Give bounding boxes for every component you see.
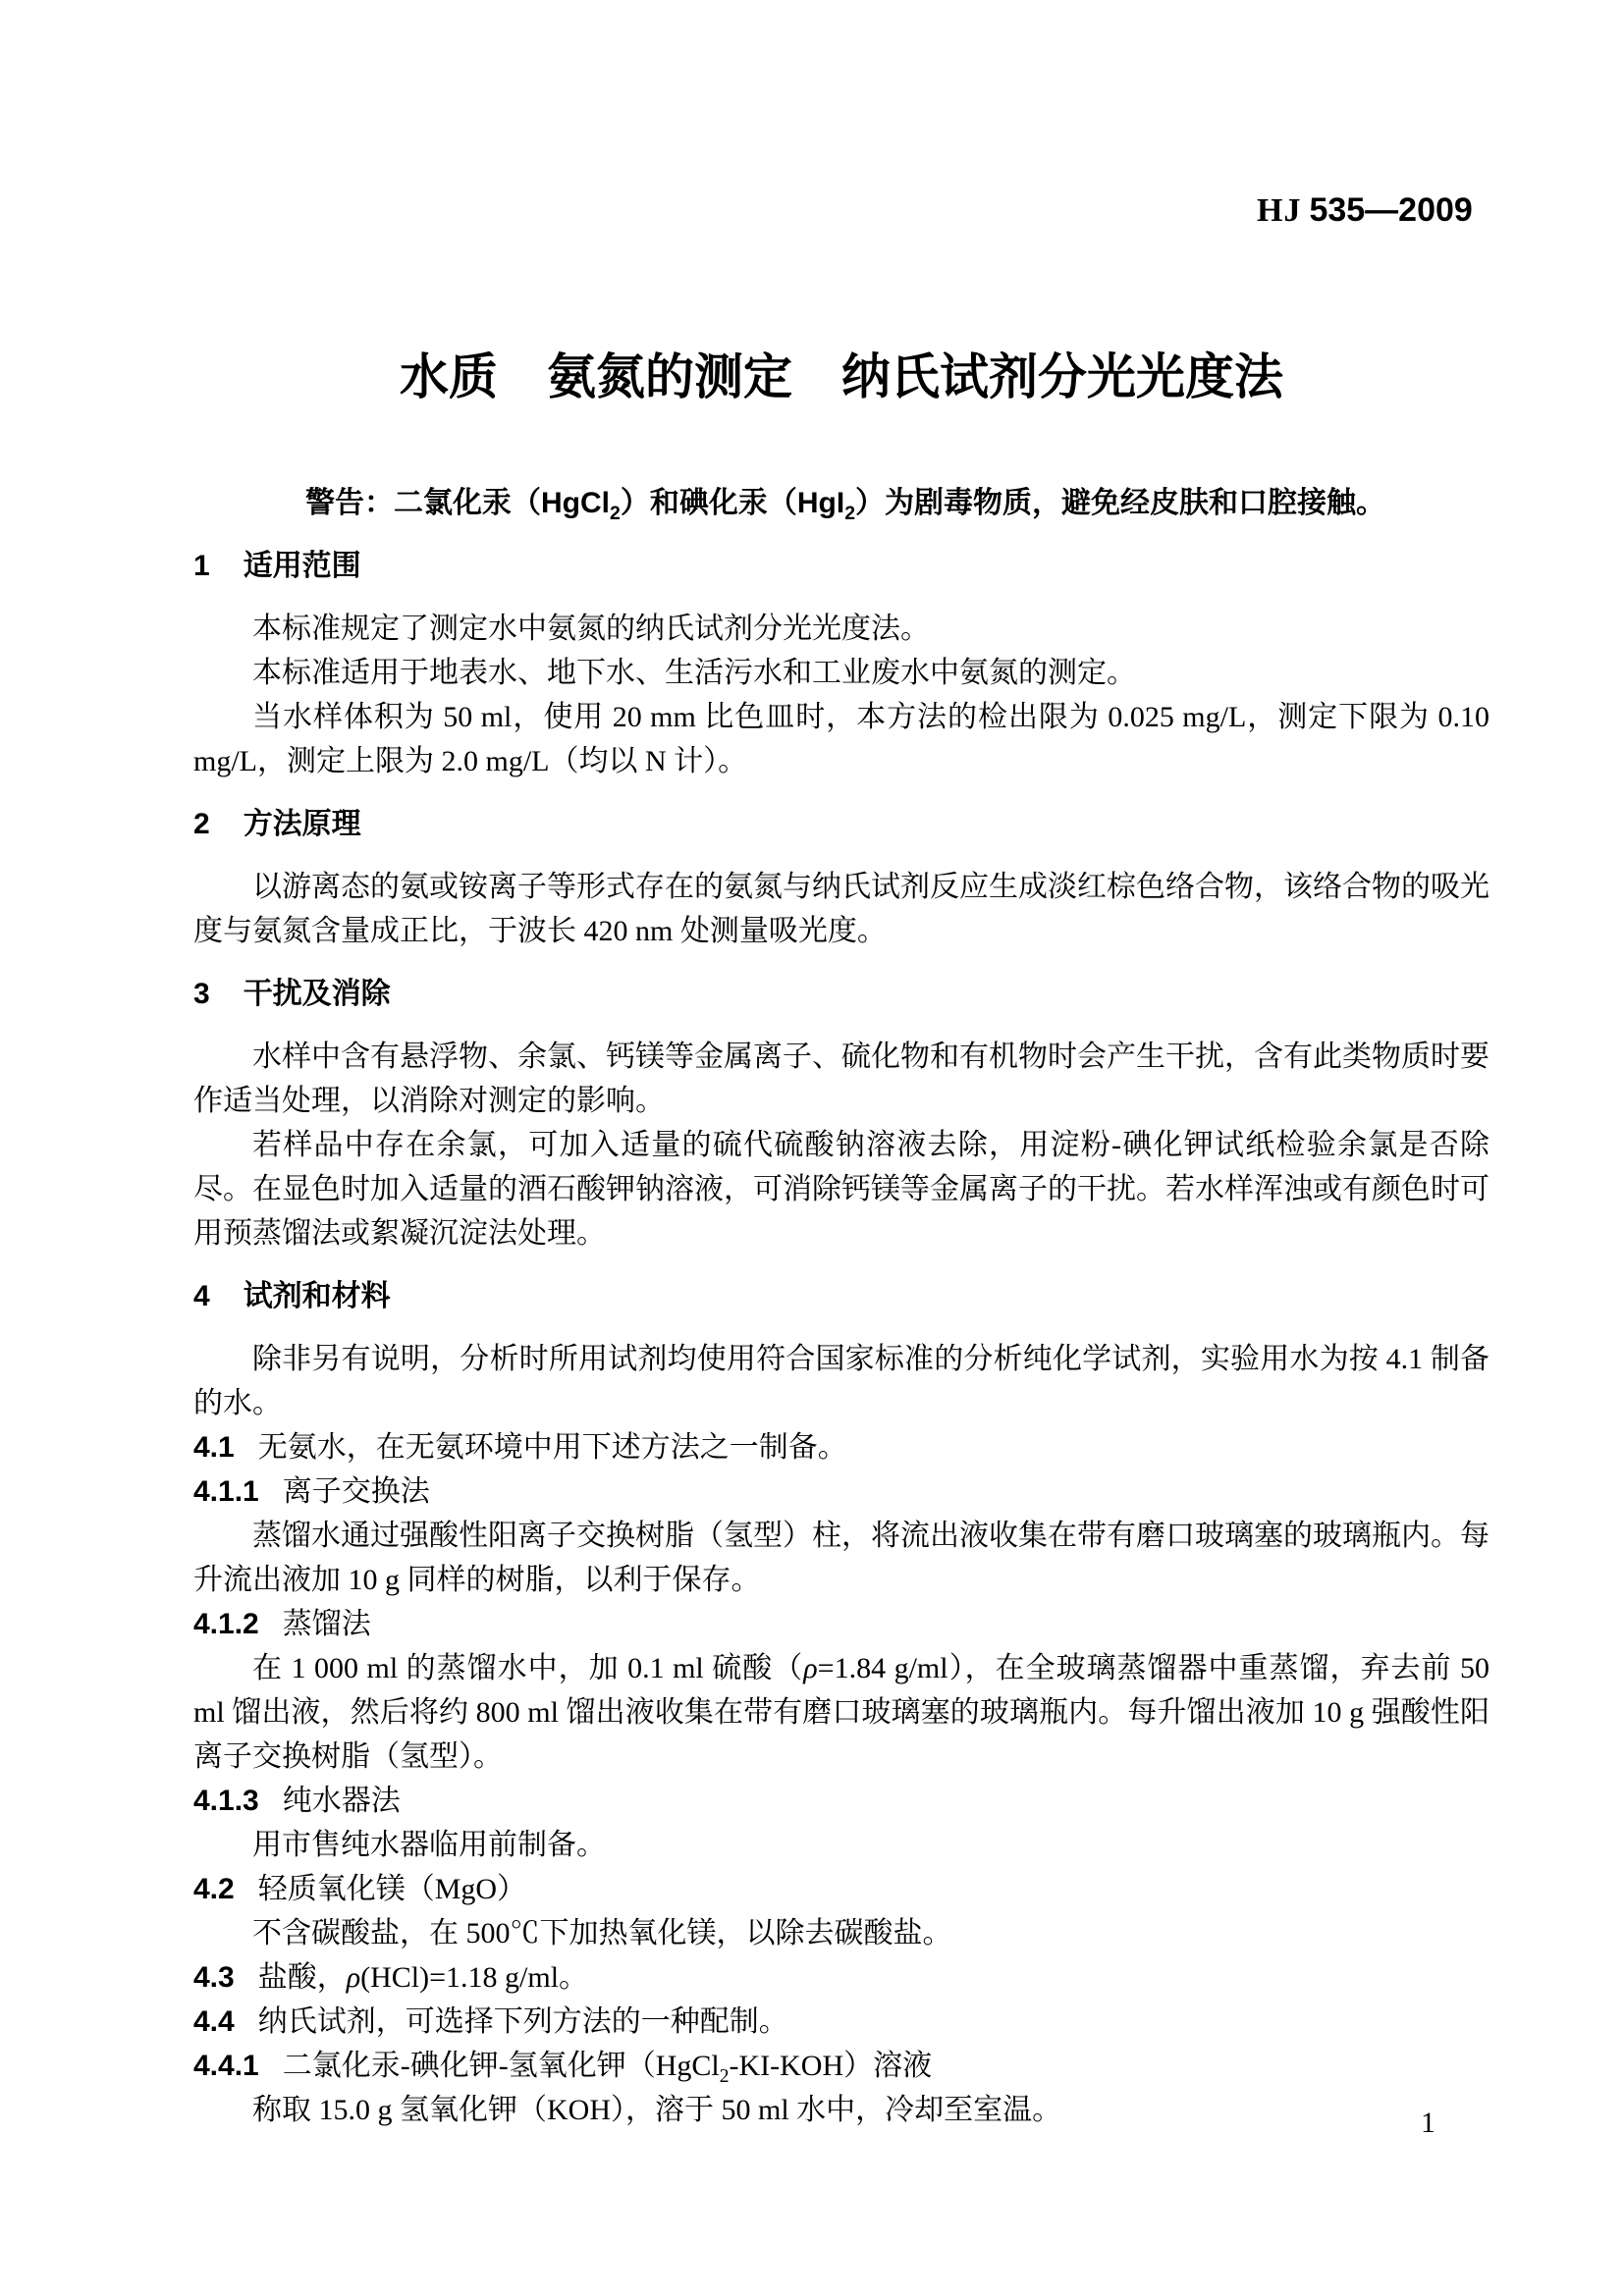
clause-number: 4.4	[193, 2005, 235, 2038]
paragraph: 除非另有说明，分析时所用试剂均使用符合国家标准的分析纯化学试剂，实验用水为按 4…	[193, 1337, 1489, 1425]
clause-text: 二氯化汞-碘化钾-氢氧化钾（HgCl	[283, 2050, 720, 2082]
paragraph: 在 1 000 ml 的蒸馏水中，加 0.1 ml 硫酸（ρ=1.84 g/ml…	[193, 1646, 1489, 1779]
section-title: 干扰及消除	[244, 978, 391, 1010]
page-number: 1	[1421, 2101, 1435, 2145]
clause-number: 4.1.2	[193, 1608, 259, 1640]
warning-text: 警告：二氯化汞（HgCl2）和碘化汞（HgI2）为剧毒物质，避免经皮肤和口腔接触…	[305, 481, 1489, 525]
clause-number: 4.1	[193, 1431, 235, 1464]
section-1-heading: 1适用范围	[193, 544, 1489, 588]
clause-text: 盐酸，	[258, 1961, 347, 1994]
paragraph: 当水样体积为 50 ml，使用 20 mm 比色皿时，本方法的检出限为 0.02…	[193, 695, 1489, 783]
section-title: 适用范围	[244, 550, 361, 582]
clause-text: -KI-KOH）溶液	[729, 2050, 932, 2082]
section-title: 方法原理	[244, 808, 361, 840]
paragraph: 水样中含有悬浮物、余氯、钙镁等金属离子、硫化物和有机物时会产生干扰，含有此类物质…	[193, 1035, 1489, 1123]
clause-4-4: 4.4纳氏试剂，可选择下列方法的一种配制。	[193, 2000, 1489, 2044]
section-title: 试剂和材料	[244, 1280, 391, 1312]
document-title: 水质 氨氮的测定 纳氏试剂分光光度法	[193, 346, 1489, 408]
paragraph: 本标准规定了测定水中氨氮的纳氏试剂分光光度法。	[193, 607, 1489, 651]
clause-text: (HCl)=1.18 g/ml。	[360, 1961, 588, 1994]
clause-4-1: 4.1无氨水，在无氨环境中用下述方法之一制备。	[193, 1425, 1489, 1469]
rho-symbol: ρ	[347, 1961, 360, 1994]
text-segment: ）和碘化汞（HgI	[621, 487, 844, 519]
clause-text: 轻质氧化镁（MgO）	[258, 1873, 526, 1905]
paragraph: 以游离态的氨或铵离子等形式存在的氨氮与纳氏试剂反应生成淡红棕色络合物，该络合物的…	[193, 865, 1489, 953]
clause-4-3: 4.3盐酸，ρ(HCl)=1.18 g/ml。	[193, 1955, 1489, 2000]
text-segment: 在 1 000 ml 的蒸馏水中，加 0.1 ml 硫酸（	[252, 1652, 803, 1684]
clause-number: 4.1.1	[193, 1475, 259, 1508]
rho-symbol: ρ	[803, 1652, 817, 1684]
clause-4-1-1: 4.1.1离子交换法	[193, 1469, 1489, 1514]
document-page: HJ535—2009 水质 氨氮的测定 纳氏试剂分光光度法 警告：二氯化汞（Hg…	[0, 0, 1624, 2296]
clause-text: 纯水器法	[283, 1785, 401, 1817]
section-2-heading: 2方法原理	[193, 802, 1489, 846]
clause-number: 4.2	[193, 1873, 235, 1905]
paragraph: 用市售纯水器临用前制备。	[193, 1823, 1489, 1867]
clause-text: 离子交换法	[283, 1475, 430, 1508]
clause-text: 蒸馏法	[283, 1608, 371, 1640]
clause-4-1-2: 4.1.2蒸馏法	[193, 1602, 1489, 1646]
section-number: 2	[193, 808, 210, 840]
clause-4-1-3: 4.1.3纯水器法	[193, 1779, 1489, 1823]
clause-number: 4.4.1	[193, 2050, 259, 2082]
clause-4-4-1: 4.4.1二氯化汞-碘化钾-氢氧化钾（HgCl2-KI-KOH）溶液	[193, 2044, 1489, 2088]
paragraph: 不含碳酸盐，在 500℃下加热氧化镁，以除去碳酸盐。	[193, 1911, 1489, 1955]
paragraph: 称取 15.0 g 氢氧化钾（KOH），溶于 50 ml 水中，冷却至室温。	[193, 2088, 1489, 2132]
section-4-heading: 4试剂和材料	[193, 1274, 1489, 1318]
clause-text: 无氨水，在无氨环境中用下述方法之一制备。	[258, 1431, 847, 1464]
clause-number: 4.1.3	[193, 1785, 259, 1817]
subscript: 2	[610, 503, 621, 524]
text-segment: ）为剧毒物质，避免经皮肤和口腔接触。	[855, 487, 1385, 519]
clause-text: 纳氏试剂，可选择下列方法的一种配制。	[258, 2005, 788, 2038]
paragraph: 本标准适用于地表水、地下水、生活污水和工业废水中氨氮的测定。	[193, 651, 1489, 695]
section-3-heading: 3干扰及消除	[193, 972, 1489, 1016]
document-body: 水质 氨氮的测定 纳氏试剂分光光度法 警告：二氯化汞（HgCl2）和碘化汞（Hg…	[193, 0, 1489, 2132]
section-number: 4	[193, 1280, 210, 1312]
section-number: 3	[193, 978, 210, 1010]
subscript: 2	[844, 503, 855, 524]
paragraph: 若样品中存在余氯，可加入适量的硫代硫酸钠溶液去除，用淀粉-碘化钾试纸检验余氯是否…	[193, 1123, 1489, 1255]
paragraph: 蒸馏水通过强酸性阳离子交换树脂（氢型）柱，将流出液收集在带有磨口玻璃塞的玻璃瓶内…	[193, 1514, 1489, 1602]
section-number: 1	[193, 550, 210, 582]
text-segment: 警告：二氯化汞（HgCl	[305, 487, 610, 519]
clause-4-2: 4.2轻质氧化镁（MgO）	[193, 1867, 1489, 1911]
clause-number: 4.3	[193, 1961, 235, 1994]
